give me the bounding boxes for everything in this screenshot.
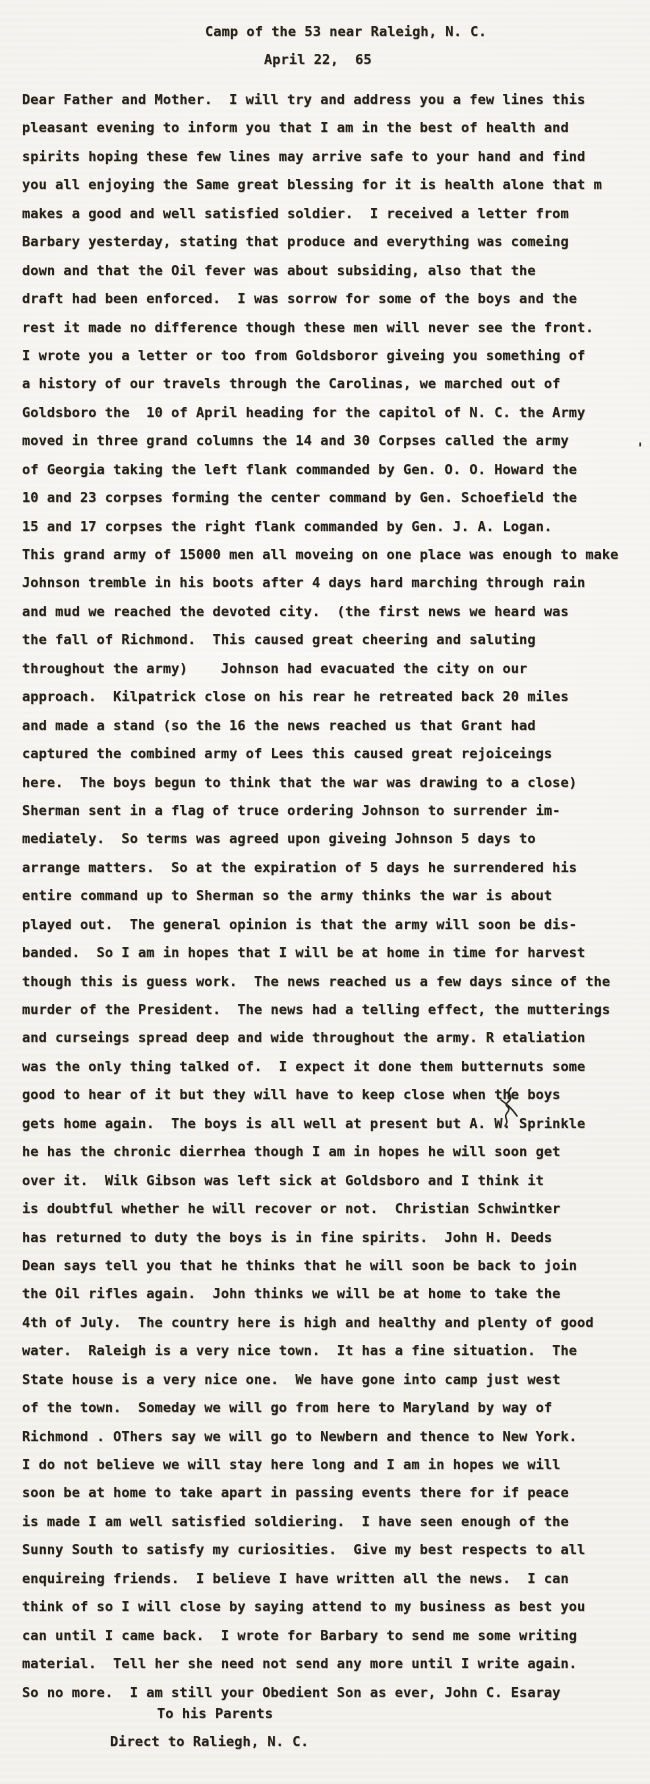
letter-line: you all enjoying the Same great blessing… [22,171,642,199]
letter-line: rest it made no difference though these … [22,314,642,342]
letter-line: captured the combined army of Lees this … [22,740,642,768]
letter-line: pleasant evening to inform you that I am… [22,114,642,142]
letter-page: Camp of the 53 near Raleigh, N. C. April… [0,0,650,1784]
letter-line: Dear Father and Mother. I will try and a… [22,86,642,114]
letter-line: spirits hoping these few lines may arriv… [22,143,642,171]
letter-line: draft had been enforced. I was sorrow fo… [22,285,642,313]
letter-line: makes a good and well satisfied soldier.… [22,200,642,228]
letter-line: 15 and 17 corpses the right flank comman… [22,513,642,541]
letter-heading-location: Camp of the 53 near Raleigh, N. C. [205,24,487,40]
letter-line: So no more. I am still your Obedient Son… [22,1679,642,1707]
letter-line: is doubtful whether he will recover or n… [22,1195,642,1223]
letter-line: Barbary yesterday, stating that produce … [22,228,642,256]
letter-line: is made I am well satisfied soldiering. … [22,1508,642,1536]
letter-line: and made a stand (so the 16 the news rea… [22,712,642,740]
letter-line: think of so I will close by saying atten… [22,1593,642,1621]
letter-line: This grand army of 15000 men all moveing… [22,541,642,569]
letter-line: 4th of July. The country here is high an… [22,1309,642,1337]
letter-line: here. The boys begun to think that the w… [22,769,642,797]
letter-line: played out. The general opinion is that … [22,911,642,939]
letter-line: he has the chronic dierrhea though I am … [22,1138,642,1166]
letter-line: throughout the army) Johnson had evacuat… [22,655,642,683]
letter-line: murder of the President. The news had a … [22,996,642,1024]
letter-line: water. Raleigh is a very nice town. It h… [22,1337,642,1365]
letter-line: arrange matters. So at the expiration of… [22,854,642,882]
letter-line: a history of our travels through the Car… [22,370,642,398]
letter-line: and mud we reached the devoted city. (th… [22,598,642,626]
letter-line: though this is guess work. The news reac… [22,968,642,996]
letter-line: Dean says tell you that he thinks that h… [22,1252,642,1280]
letter-line: was the only thing talked of. I expect i… [22,1053,642,1081]
letter-line: Goldsboro the 10 of April heading for th… [22,399,642,427]
letter-closing-direct-address: Direct to Raliegh, N. C. [110,1734,309,1750]
letter-line: 10 and 23 corpses forming the center com… [22,484,642,512]
letter-heading-date: April 22, 65 [264,52,372,68]
letter-line: Johnson tremble in his boots after 4 day… [22,569,642,597]
letter-body: Dear Father and Mother. I will try and a… [22,86,642,1707]
letter-line: soon be at home to take apart in passing… [22,1479,642,1507]
letter-line: the fall of Richmond. This caused great … [22,626,642,654]
letter-line: entire command up to Sherman so the army… [22,882,642,910]
letter-line: enquireing friends. I believe I have wri… [22,1565,642,1593]
letter-line: the Oil rifles again. John thinks we wil… [22,1280,642,1308]
letter-line: of Georgia taking the left flank command… [22,456,642,484]
letter-line: approach. Kilpatrick close on his rear h… [22,683,642,711]
letter-line: I wrote you a letter or too from Goldsbo… [22,342,642,370]
letter-line: Sunny South to satisfy my curiosities. G… [22,1536,642,1564]
letter-line: mediately. So terms was agreed upon give… [22,825,642,853]
letter-line: can until I came back. I wrote for Barba… [22,1622,642,1650]
letter-line: down and that the Oil fever was about su… [22,257,642,285]
letter-line: over it. Wilk Gibson was left sick at Go… [22,1167,642,1195]
letter-line: moved in three grand columns the 14 and … [22,427,642,455]
letter-line: Sherman sent in a flag of truce ordering… [22,797,642,825]
letter-line: gets home again. The boys is all well at… [22,1110,642,1138]
letter-line: State house is a very nice one. We have … [22,1366,642,1394]
letter-line: I do not believe we will stay here long … [22,1451,642,1479]
letter-line: material. Tell her she need not send any… [22,1650,642,1678]
letter-line: and curseings spread deep and wide throu… [22,1024,642,1052]
letter-line: of the town. Someday we will go from her… [22,1394,642,1422]
letter-line: has returned to duty the boys is in fine… [22,1224,642,1252]
margin-tick-mark: ' [636,441,644,457]
letter-line: Richmond . OThers say we will go to Newb… [22,1423,642,1451]
letter-line: good to hear of it but they will have to… [22,1081,642,1109]
letter-closing-to-parents: To his Parents [157,1706,273,1722]
letter-line: banded. So I am in hopes that I will be … [22,939,642,967]
